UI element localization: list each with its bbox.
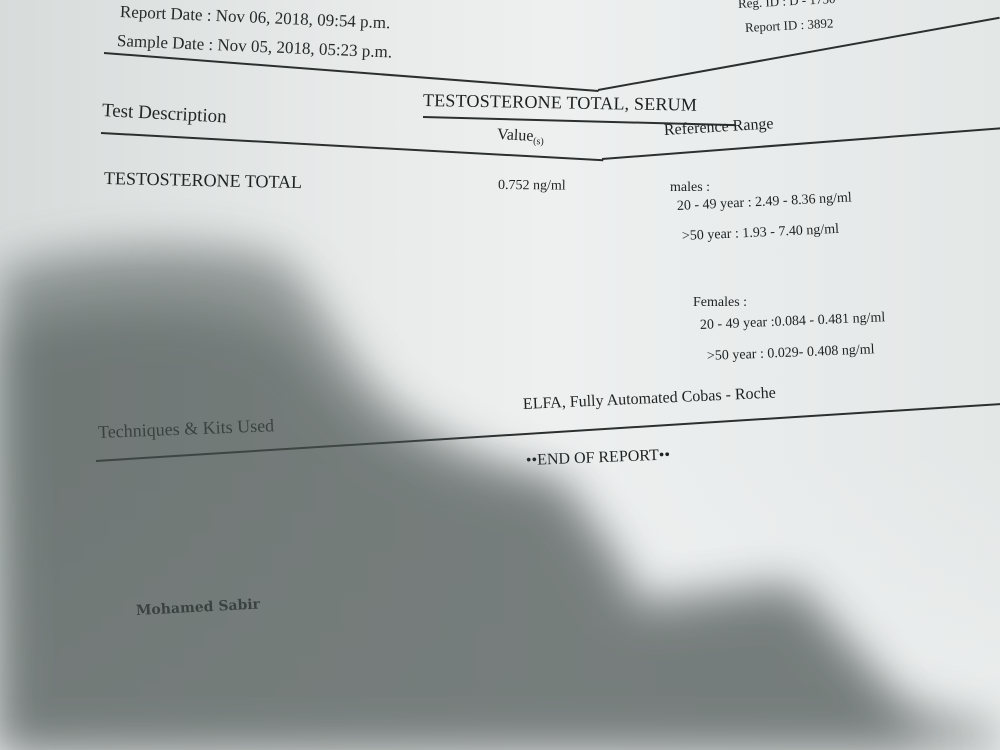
females-label: Females :	[693, 295, 747, 311]
column-value-suffix: (s)	[533, 136, 544, 148]
report-id-value: 3892	[807, 15, 834, 31]
report-id-label: Report ID	[745, 17, 798, 35]
reg-id-value: D - 1750	[789, 0, 836, 8]
sample-date-label: Sample Date	[117, 31, 205, 54]
column-value: Value(s)	[497, 126, 545, 147]
reg-id-label: Reg. ID	[738, 0, 780, 11]
report-date-label: Report Date	[120, 2, 203, 24]
result-value: 0.752 ng/ml	[498, 178, 566, 195]
result-test-name: TESTOSTERONE TOTAL	[104, 168, 302, 193]
males-label: males :	[670, 180, 710, 196]
column-value-label: Value	[497, 126, 534, 145]
